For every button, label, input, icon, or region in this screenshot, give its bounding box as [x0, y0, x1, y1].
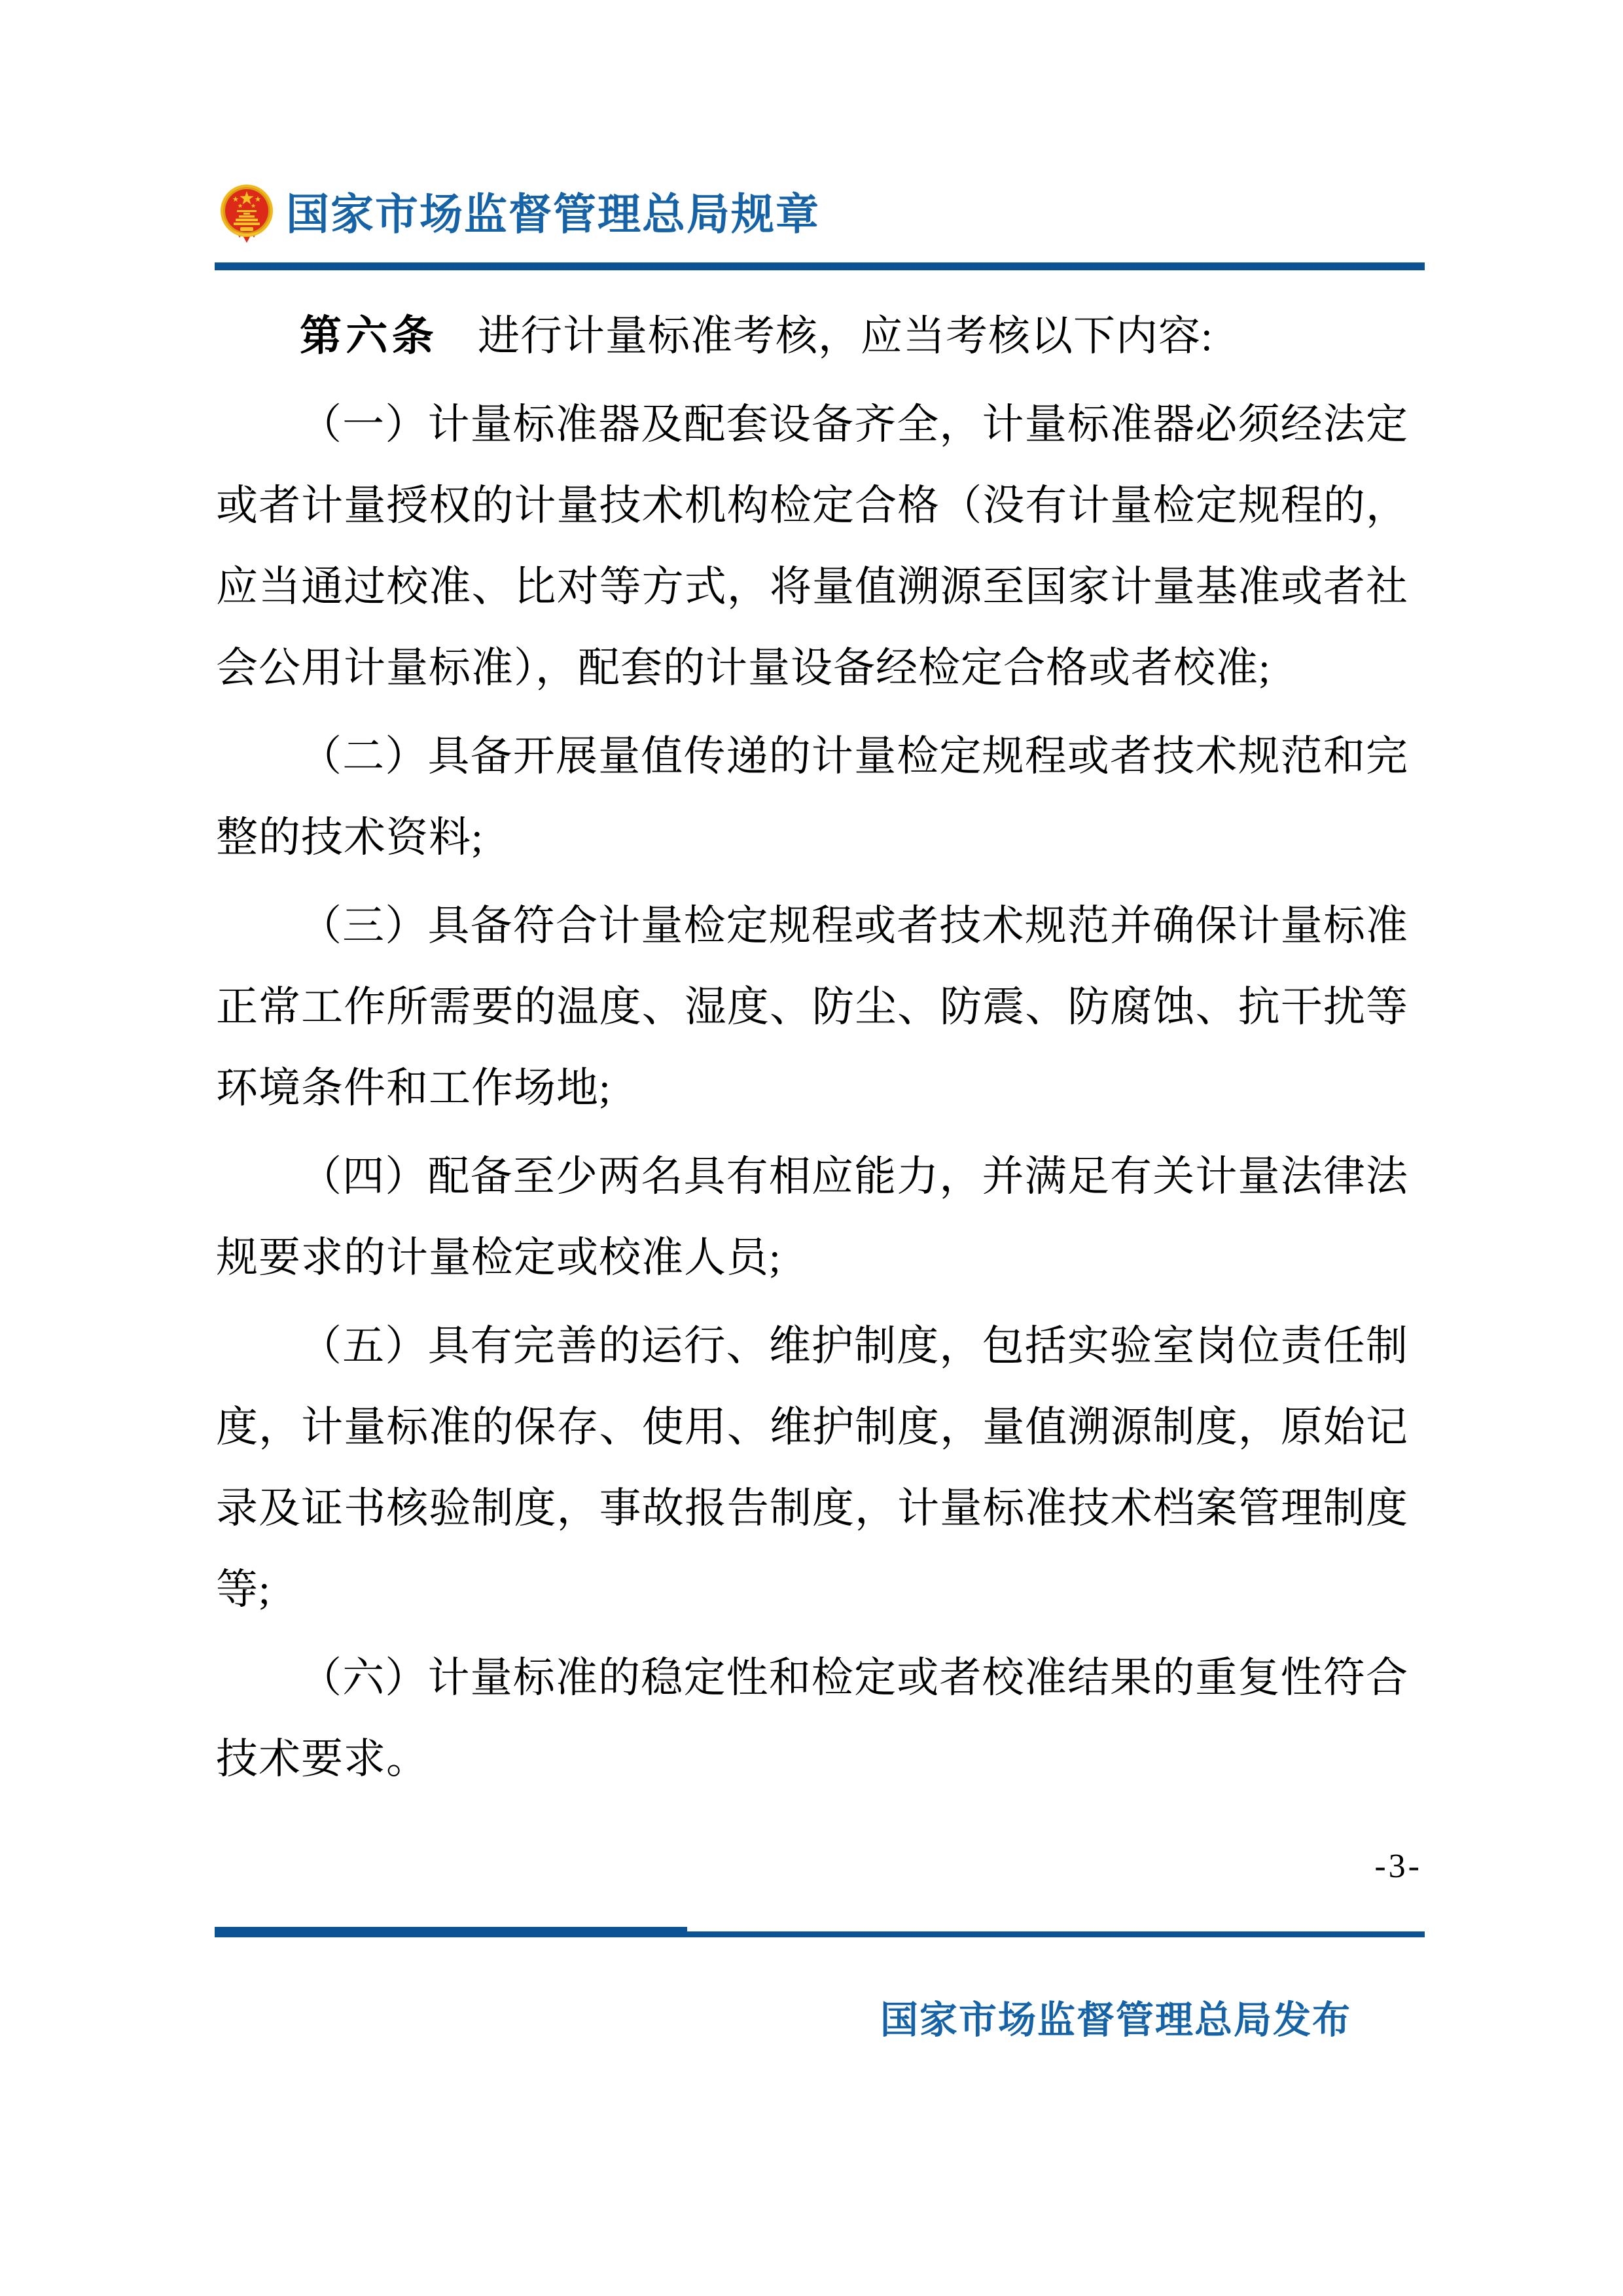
article-body: 第六条进行计量标准考核，应当考核以下内容: （一）计量标准器及配套设备齐全，计量… — [216, 295, 1408, 1800]
article-item-paragraph: （四）配备至少两名具有相应能力，并满足有关计量法律法规要求的计量检定或校准人员; — [216, 1136, 1408, 1299]
page-number: -3- — [216, 1847, 1422, 1886]
article-item-paragraph: （六）计量标准的稳定性和检定或者校准结果的重复性符合技术要求。 — [216, 1638, 1408, 1800]
document-page: 国家市场监督管理总局规章 第六条进行计量标准考核，应当考核以下内容: （一）计量… — [0, 0, 1623, 2296]
article-items: （一）计量标准器及配套设备齐全，计量标准器必须经法定或者计量授权的计量技术机构检… — [216, 384, 1408, 1800]
article-item-paragraph: （一）计量标准器及配套设备齐全，计量标准器必须经法定或者计量授权的计量技术机构检… — [216, 384, 1408, 709]
header-agency-title: 国家市场监督管理总局规章 — [286, 188, 820, 240]
article-item-paragraph: （五）具有完善的运行、维护制度，包括实验室岗位责任制度，计量标准的保存、使用、维… — [216, 1306, 1408, 1630]
national-emblem-icon — [220, 184, 274, 245]
footer-publisher: 国家市场监督管理总局发布 — [880, 1998, 1351, 2043]
article-intro-text: 进行计量标准考核，应当考核以下内容: — [478, 313, 1213, 359]
article-number: 第六条 — [300, 312, 438, 359]
article-intro-paragraph: 第六条进行计量标准考核，应当考核以下内容: — [216, 295, 1408, 377]
footer-rule-thick — [215, 1927, 687, 1937]
article-item-paragraph: （三）具备符合计量检定规程或者技术规范并确保计量标准正常工作所需要的温度、湿度、… — [216, 886, 1408, 1129]
header-rule — [215, 262, 1425, 270]
article-item-paragraph: （二）具备开展量值传递的计量检定规程或者技术规范和完整的技术资料; — [216, 716, 1408, 878]
